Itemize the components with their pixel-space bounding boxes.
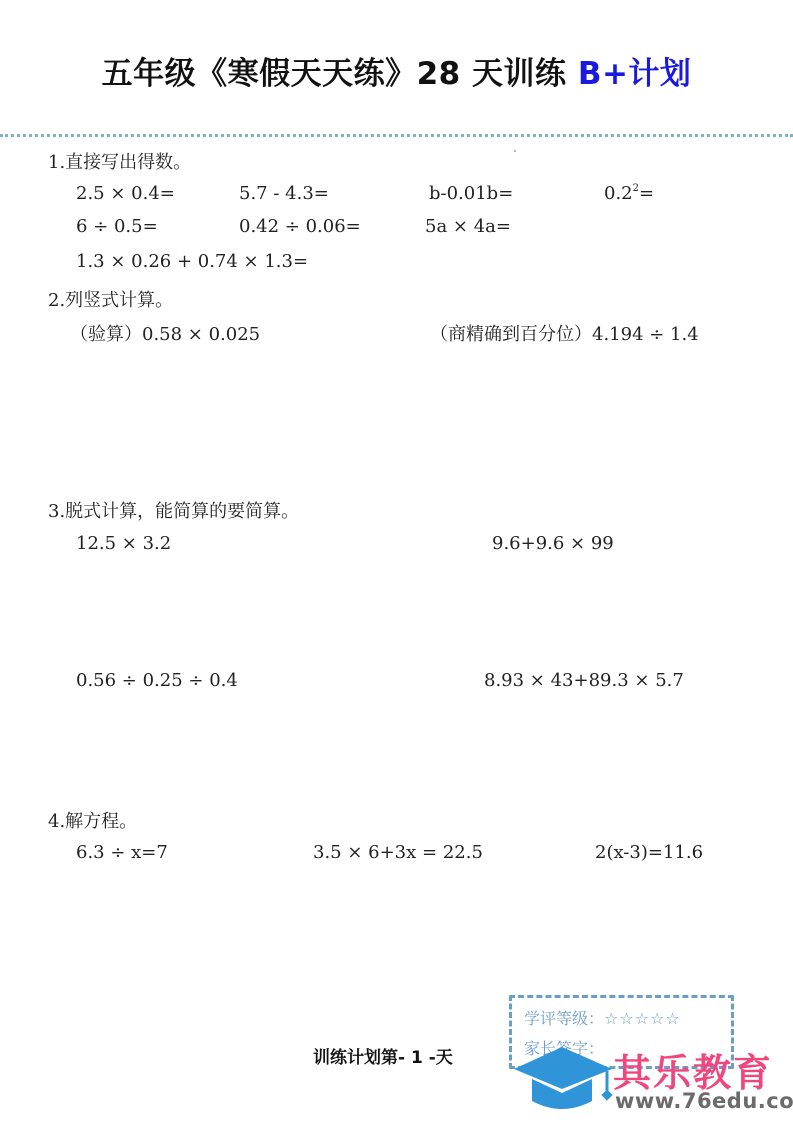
star-rating-icons[interactable]: ☆☆☆☆☆: [604, 1009, 681, 1028]
problem-1-2: 5.7 - 4.3=: [239, 183, 329, 204]
graduation-cap-icon: [512, 1043, 617, 1113]
problem-4-1: 6.3 ÷ x=7: [76, 842, 168, 863]
section-3-heading: 3.脱式计算，能简算的要简算。: [48, 497, 299, 523]
watermark-url: www.76edu.com: [615, 1089, 793, 1113]
problem-2-2: （商精确到百分位）4.194 ÷ 1.4: [430, 320, 699, 346]
problem-2-1: （验算）0.58 × 0.025: [70, 320, 260, 346]
problem-1-1: 2.5 × 0.4=: [76, 183, 175, 204]
section-4-heading: 4.解方程。: [48, 807, 137, 833]
problem-1-4: 0.22=: [604, 183, 654, 204]
problem-4-2: 3.5 × 6+3x = 22.5: [313, 842, 483, 863]
problem-1-8: 1.3 × 0.26 + 0.74 × 1.3=: [76, 251, 308, 272]
problem-3-3: 0.56 ÷ 0.25 ÷ 0.4: [76, 670, 238, 691]
page-title: 五年级《寒假天天练》28 天训练 B+计划: [0, 48, 793, 93]
section-2-heading: 2.列竖式计算。: [48, 286, 173, 312]
problem-1-3: b-0.01b=: [429, 183, 513, 204]
section-1-heading: 1.直接写出得数。: [48, 148, 191, 174]
problem-4-3: 2(x-3)=11.6: [595, 842, 703, 863]
evaluation-row: 学评等级：☆☆☆☆☆: [524, 1006, 681, 1029]
problem-3-1: 12.5 × 3.2: [76, 533, 171, 554]
dotted-divider: [0, 134, 793, 137]
title-accent: B+计划: [578, 56, 692, 92]
problem-1-7: 5a × 4a=: [425, 216, 511, 237]
evaluation-label: 学评等级：: [524, 1009, 604, 1028]
scan-speck: [514, 150, 516, 152]
day-label: 训练计划第- 1 -天: [313, 1043, 453, 1068]
problem-1-5: 6 ÷ 0.5=: [76, 216, 158, 237]
title-main: 五年级《寒假天天练》28 天训练: [102, 56, 578, 92]
problem-3-2: 9.6+9.6 × 99: [492, 533, 614, 554]
problem-3-4: 8.93 × 43+89.3 × 5.7: [484, 670, 684, 691]
problem-1-6: 0.42 ÷ 0.06=: [239, 216, 361, 237]
